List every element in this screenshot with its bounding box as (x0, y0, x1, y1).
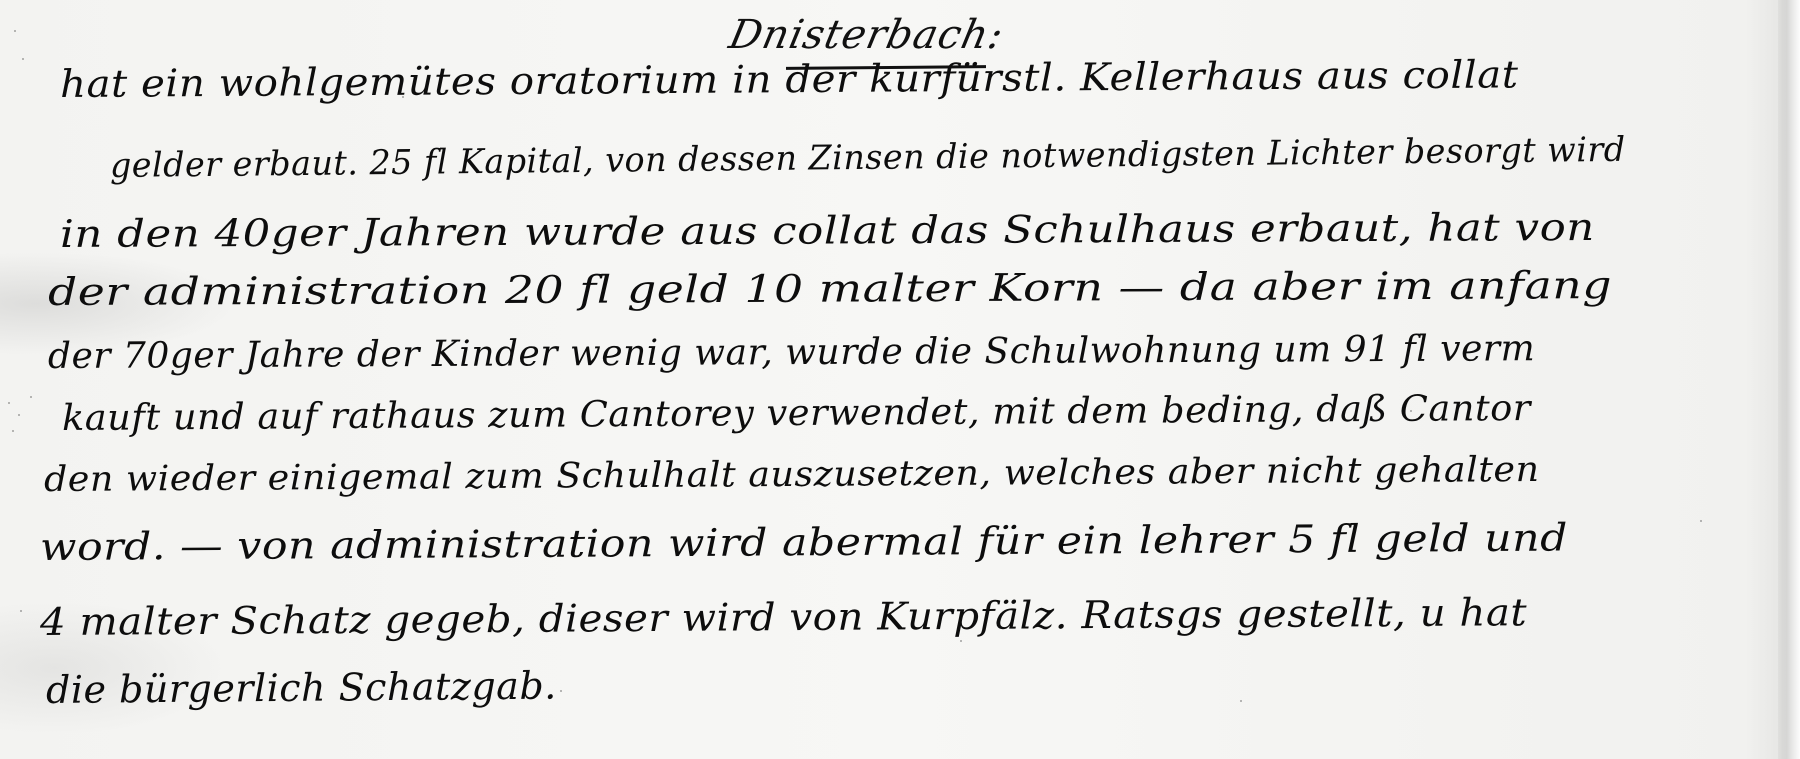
text-line-4: der administration 20 fl geld 10 malter … (48, 263, 1612, 314)
text-line-2: gelder erbaut. 25 fl Kapital, von dessen… (110, 130, 1626, 186)
manuscript-page: Dnisterbach: hat ein wohlgemütes oratori… (0, 0, 1800, 759)
text-line-5: der 70ger Jahre der Kinder wenig war, wu… (48, 328, 1535, 377)
document-title: Dnisterbach: (725, 12, 1008, 58)
text-line-10: die bürgerlich Schatzgab. (46, 664, 557, 712)
page-edge-shadow (1778, 0, 1800, 759)
text-line-9: 4 malter Schatz gegeb, dieser wird von K… (40, 590, 1528, 644)
text-line-1: hat ein wohlgemütes oratorium in der kur… (60, 52, 1519, 106)
text-line-6: kauft und auf rathaus zum Cantorey verwe… (62, 388, 1531, 439)
text-line-8: word. — von administration wird abermal … (40, 515, 1568, 569)
text-line-3: in den 40ger Jahren wurde aus collat das… (60, 205, 1595, 256)
text-line-7: den wieder einigemal zum Schulhalt auszu… (44, 450, 1540, 500)
